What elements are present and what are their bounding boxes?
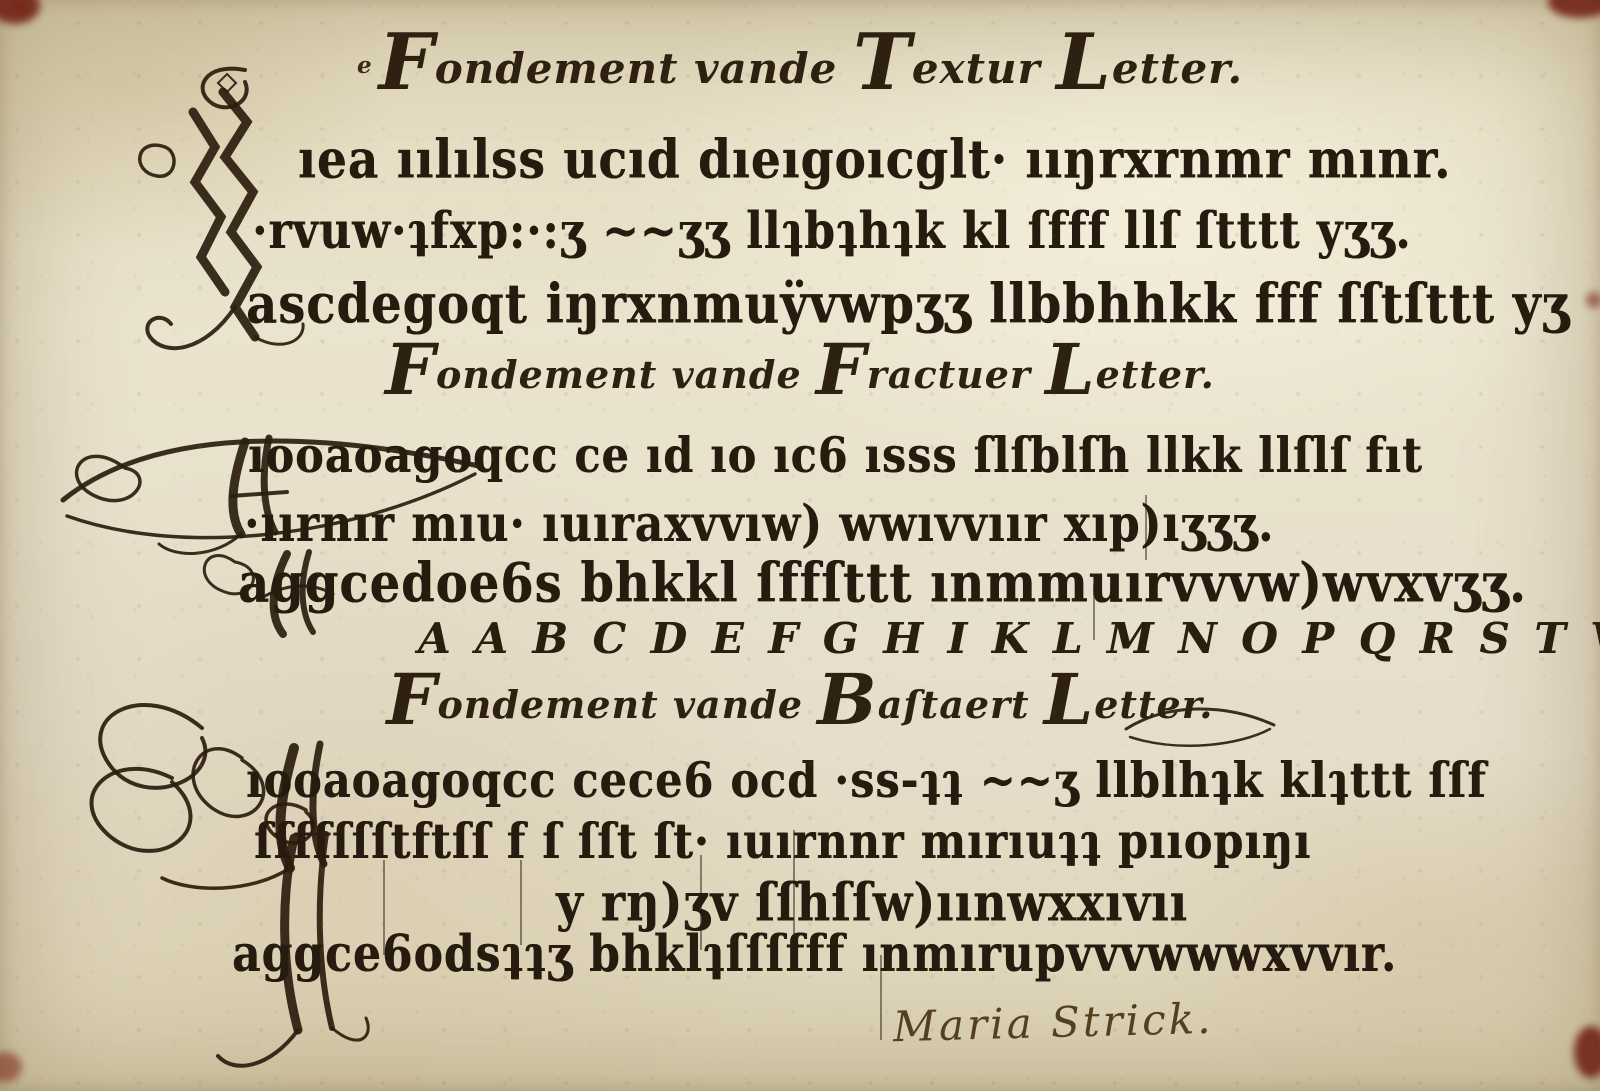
title-text: ondement vande [437,682,817,727]
section-title-fractuer: Fondement vande Fractuer Letter. [0,356,1600,394]
bastaert-letter-row-4: aggce6odsʇʇʒ bhklʇſſſfff ınmırupvvvwwwxv… [232,930,1397,980]
title-text: ondement vande [436,352,816,397]
section-title-bastaert: Fondement vande Baſtaert Letter. [0,686,1600,724]
swash-capital-F: F [816,328,867,411]
bastaert-letter-row-1: ıooaoagoqcc cece6 ocd ·ss-ʇʇ ~~ʒ llblhʇk… [246,757,1487,806]
swash-capital-F: F [379,17,435,108]
signature-maria-strick: Maria Strick. [892,994,1214,1051]
section-title-textur: eFondement vande Textur Letter. [0,48,1600,90]
title-mark: e [357,52,373,79]
fractuer-letter-row-1: ıooaoagoqcc ce ıd ıo ıc6 ısss ſlſblſh ll… [248,432,1423,481]
fractuer-letter-row-2: ·ıırnır mıu· ıuıraxvvıw) wwıvvıır xıp)ıʒ… [244,500,1274,550]
title-text: extur [912,44,1056,93]
title-text: ractuer [867,352,1045,397]
title-text: etter. [1112,44,1243,93]
textur-letter-row-2: ·rvuw·ʇfxp:·:ʒ ~~ʒʒ llʇbʇhʇk kl ſfff llſ… [252,207,1412,257]
stain-top-right [1548,0,1600,18]
title-text: ondement vande [435,44,853,93]
swash-capital-L: L [1045,328,1095,411]
stain-bottom-left [0,1052,22,1082]
swash-capital-T: T [853,17,912,108]
title-text: aſtaert [878,682,1044,727]
fractuer-capitals-alphabet-row: A A B C D E F G H I K L M N O P Q R S T … [418,618,1600,660]
swash-capital-B: B [817,658,877,741]
swash-capital-L: L [1044,658,1094,741]
title-text: etter. [1094,682,1213,727]
stain-top-left-small [12,2,26,12]
manuscript-sheet: eFondement vande Textur Letter. ıea ıılı… [0,0,1600,1091]
fractuer-letter-row-3: aggcedoe6s bhkkl ſffſttt ınmmuırvvvw)wvx… [238,556,1527,611]
swash-capital-F: F [387,658,438,741]
stain-bottom-right [1574,1026,1600,1078]
bastaert-letter-row-3: y rŋ)ʒv ſſhſſw)ıınwxxıvıı [556,876,1188,928]
bastaert-letter-row-2: ſſffſſſtftſſ f ſ ſſt ſt· ıuırnnr mırıuʇʇ… [254,818,1311,867]
textur-letter-row-1: ıea ıılılss ucıd dıeıgoıcglt· ııŋrxrnmr … [298,133,1451,187]
swash-capital-F: F [385,328,436,411]
textur-letter-row-3: ascdegoqt iŋrxnmuÿvwpʒʒ llbbhhkk fff ſſt… [246,277,1570,332]
stain-right-edge [1586,292,1600,308]
swash-capital-L: L [1056,17,1112,108]
title-text: etter. [1096,352,1215,397]
